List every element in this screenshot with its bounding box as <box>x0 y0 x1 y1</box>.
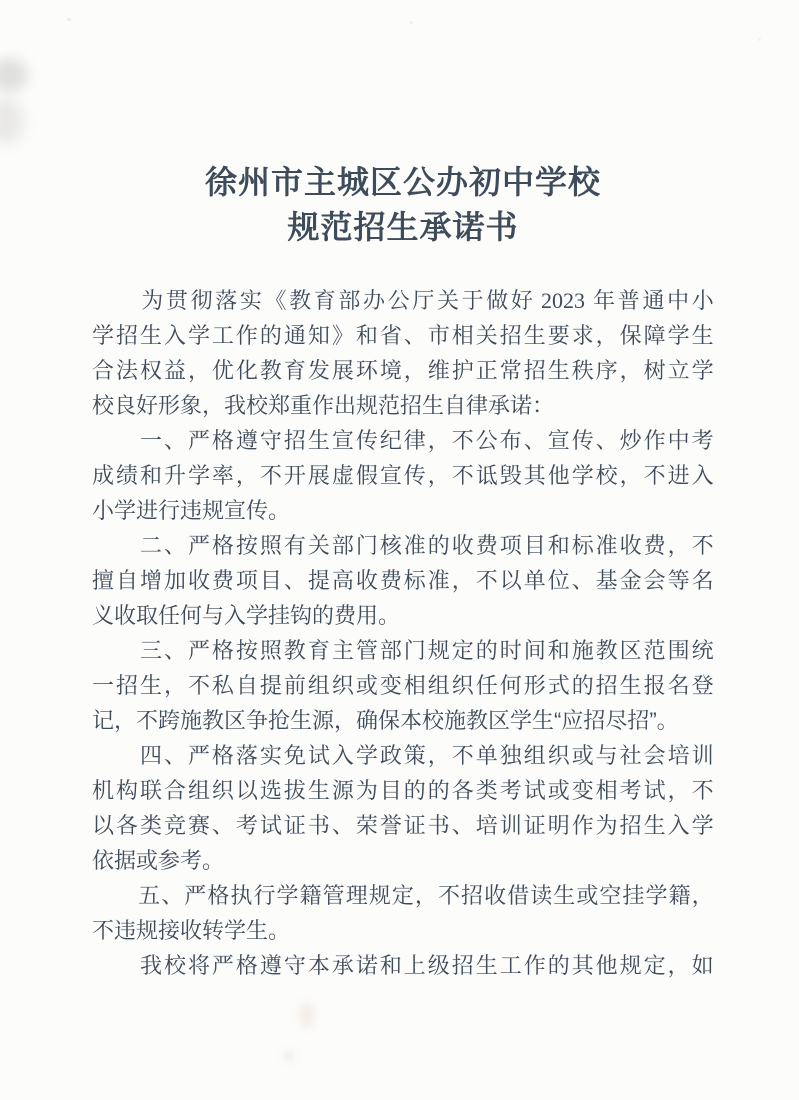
text-line: 擅自增加收费项目、提高收费标准，不以单位、基金会等名 <box>92 563 714 598</box>
paragraph: 三、严格按照教育主管部门规定的时间和施教区范围统一招生，不私自提前组织或变相组织… <box>92 633 714 738</box>
title-line-1: 徐州市主城区公办初中学校 <box>92 160 714 205</box>
text-line: 一招生，不私自提前组织或变相组织任何形式的招生报名登 <box>92 668 714 703</box>
paragraph: 二、严格按照有关部门核准的收费项目和标准收费，不擅自增加收费项目、提高收费标准，… <box>92 528 714 633</box>
text-line: 依据或参考。 <box>92 843 714 878</box>
text-line: 四、严格落实免试入学政策，不单独组织或与社会培训 <box>92 738 714 773</box>
paragraph: 五、严格执行学籍管理规定，不招收借读生或空挂学籍，不违规接收转学生。 <box>92 878 714 948</box>
text-line: 以各类竞赛、考试证书、荣誉证书、培训证明作为招生入学 <box>92 808 714 843</box>
text-line: 义收取任何与入学挂钩的费用。 <box>92 598 714 633</box>
text-line: 为贯彻落实《教育部办公厅关于做好 2023 年普通中小 <box>92 283 714 318</box>
scanned-document-page: 徐州市主城区公办初中学校 规范招生承诺书 为贯彻落实《教育部办公厅关于做好 20… <box>0 0 799 1100</box>
text-line: 机构联合组织以选拔生源为目的的各类考试或变相考试，不 <box>92 773 714 808</box>
title-line-2: 规范招生承诺书 <box>92 205 714 250</box>
scan-speck <box>67 18 71 21</box>
text-line: 三、严格按照教育主管部门规定的时间和施教区范围统 <box>92 633 714 668</box>
scan-smudge <box>0 58 28 92</box>
text-line: 校良好形象，我校郑重作出规范招生自律承诺： <box>92 388 714 423</box>
text-line: 记，不跨施教区争抢生源，确保本校施教区学生“应招尽招”。 <box>92 703 714 738</box>
scan-speck <box>410 21 413 24</box>
text-line: 我校将严格遵守本承诺和上级招生工作的其他规定，如 <box>92 948 714 983</box>
text-line: 一、严格遵守招生宣传纪律，不公布、宣传、炒作中考 <box>92 423 714 458</box>
text-line: 合法权益，优化教育发展环境，维护正常招生秩序，树立学 <box>92 353 714 388</box>
scan-smudge <box>283 1050 295 1062</box>
paragraph: 四、严格落实免试入学政策，不单独组织或与社会培训机构联合组织以选拔生源为目的的各… <box>92 738 714 878</box>
text-line: 成绩和升学率，不开展虚假宣传，不诋毁其他学校，不进入 <box>92 458 714 493</box>
scan-smudge <box>0 98 24 144</box>
scan-smudge <box>300 1002 314 1028</box>
text-line: 二、严格按照有关部门核准的收费项目和标准收费，不 <box>92 528 714 563</box>
document-body: 为贯彻落实《教育部办公厅关于做好 2023 年普通中小学招生入学工作的通知》和省… <box>92 283 714 983</box>
text-line: 小学进行违规宣传。 <box>92 493 714 528</box>
paragraph: 我校将严格遵守本承诺和上级招生工作的其他规定，如 <box>92 948 714 983</box>
paragraph: 为贯彻落实《教育部办公厅关于做好 2023 年普通中小学招生入学工作的通知》和省… <box>92 283 714 423</box>
text-line: 学招生入学工作的通知》和省、市相关招生要求，保障学生 <box>92 318 714 353</box>
scan-speck <box>758 38 761 41</box>
text-line: 不违规接收转学生。 <box>92 913 714 948</box>
paragraph: 一、严格遵守招生宣传纪律，不公布、宣传、炒作中考成绩和升学率，不开展虚假宣传，不… <box>92 423 714 528</box>
document-title: 徐州市主城区公办初中学校 规范招生承诺书 <box>92 160 714 250</box>
text-line: 五、严格执行学籍管理规定，不招收借读生或空挂学籍， <box>92 878 714 913</box>
